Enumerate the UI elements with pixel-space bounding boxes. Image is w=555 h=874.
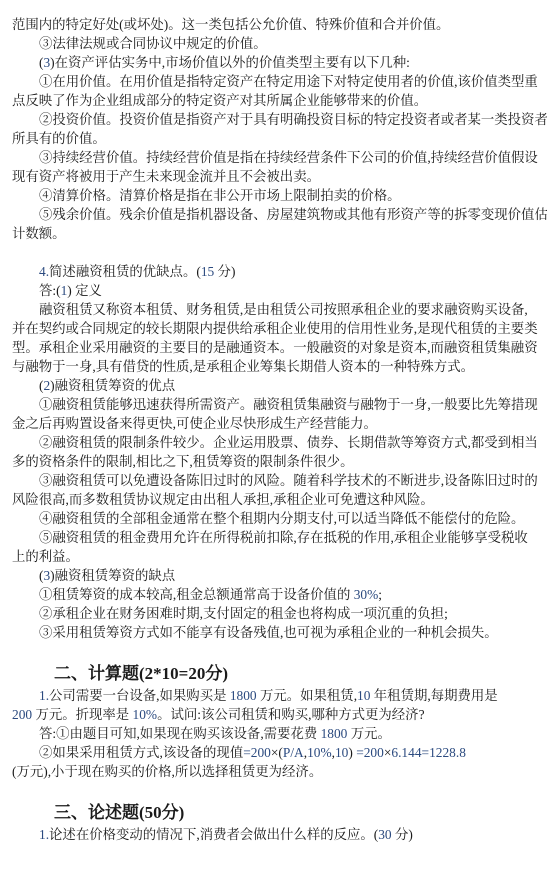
text-line: ②承租企业在财务困难时期,支付固定的租金也将构成一项沉重的负担; xyxy=(12,604,547,623)
latin-run: 4. xyxy=(39,264,49,279)
latin-run: =200 xyxy=(356,745,384,760)
text-line: 金之后再购置设备来得更快,可使企业尽快形成生产经营能力。 xyxy=(12,414,547,433)
text-line: ①租赁筹资的成本较高,租金总额通常高于设备价值的 30%; xyxy=(12,585,547,604)
blank-line xyxy=(12,781,547,800)
text-line: (2)融资租赁筹资的优点 xyxy=(12,376,547,395)
latin-run: 30 xyxy=(378,827,391,842)
text-line: (3)在资产评估实务中,市场价值以外的价值类型主要有以下几种: xyxy=(12,53,547,72)
text-line: 答:①由题目可知,如果现在购买该设备,需要花费 1800 万元。 xyxy=(12,724,547,743)
latin-run: 3 xyxy=(43,568,50,583)
text-line: ①融资租赁能够迅速获得所需资产。融资租赁集融资与融物于一身,一般要比先筹措现 xyxy=(12,395,547,414)
blank-line xyxy=(12,243,547,262)
text-line: ④融资租赁的全部租金通常在整个租期内分期支付,可以适当降低不能偿付的危险。 xyxy=(12,509,547,528)
text-line: ⑤残余价值。残余价值是指机器设备、房屋建筑物或其他有形资产等的拆零变现价值估 xyxy=(12,205,547,224)
latin-run: 50 xyxy=(145,803,162,822)
text-line: ①在用价值。在用价值是指特定资产在特定用途下对特定使用者的价值,该价值类型重 xyxy=(12,72,547,91)
latin-run: 2 xyxy=(43,378,50,393)
document-page: 范围内的特定好处(或坏处)。这一类包括公允价值、特殊价值和合并价值。③法律法规或… xyxy=(0,0,555,874)
latin-run: 1 xyxy=(61,283,68,298)
text-line: 200 万元。折现率是 10%。试问:该公司租赁和购买,哪种方式更为经济? xyxy=(12,705,547,724)
latin-run: 200 xyxy=(12,707,32,722)
latin-run: 10% xyxy=(307,745,332,760)
text-line: 点反映了作为企业组成部分的特定资产对其所属企业能够带来的价值。 xyxy=(12,91,547,110)
text-line: (万元),小于现在购买的价格,所以选择租赁更为经济。 xyxy=(12,762,547,781)
latin-run: 10% xyxy=(133,707,158,722)
text-line: ③采用租赁筹资方式如不能享有设备残值,也可视为承租企业的一种机会损失。 xyxy=(12,623,547,642)
text-line: 计数额。 xyxy=(12,224,547,243)
text-line: 范围内的特定好处(或坏处)。这一类包括公允价值、特殊价值和合并价值。 xyxy=(12,15,547,34)
text-line: 1.论述在价格变动的情况下,消费者会做出什么样的反应。(30 分) xyxy=(12,825,547,844)
latin-run: 6.144=1228.8 xyxy=(391,745,466,760)
text-line: 多的资格条件的限制,相比之下,租赁筹资的限制条件很少。 xyxy=(12,452,547,471)
latin-run: 1. xyxy=(39,688,49,703)
text-line: 与融物于一身,具有借贷的性质,是承租企业筹集长期借人资本的一种特殊方式。 xyxy=(12,357,547,376)
latin-run: 2*10=20 xyxy=(145,664,206,683)
section-heading: 二、计算题(2*10=20分) xyxy=(12,661,547,686)
latin-run: 1800 xyxy=(230,688,257,703)
text-line: 并在契约或合同规定的较长期限内提供给承租企业使用的信用性业务,是现代租赁的主要类 xyxy=(12,319,547,338)
latin-run: P/A xyxy=(283,745,304,760)
text-line: 上的利益。 xyxy=(12,547,547,566)
latin-run: 10 xyxy=(335,745,348,760)
text-line: 答:(1) 定义 xyxy=(12,281,547,300)
text-line: 风险很高,而多数租赁协议规定由出租人承担,承租企业可免遭这种风险。 xyxy=(12,490,547,509)
latin-run: 15 xyxy=(201,264,214,279)
text-line: ②如果采用租赁方式,该设备的现值=200×(P/A,10%,10) =200×6… xyxy=(12,743,547,762)
latin-run: 3 xyxy=(43,55,50,70)
latin-run: 1800 xyxy=(321,726,348,741)
text-line: 型。承租企业采用融资的主要目的是融通资本。一般融资的对象是资本,而融资租赁集融资 xyxy=(12,338,547,357)
text-line: ③融资租赁可以免遭设备陈旧过时的风险。随着科学技术的不断进步,设备陈旧过时的 xyxy=(12,471,547,490)
text-line: 所具有的价值。 xyxy=(12,129,547,148)
text-line: 现有资产将被用于产生未来现金流并且不会被出卖。 xyxy=(12,167,547,186)
text-line: 1.公司需要一台设备,如果购买是 1800 万元。如果租赁,10 年租赁期,每期… xyxy=(12,686,547,705)
latin-run: 30% xyxy=(354,587,379,602)
text-line: ②投资价值。投资价值是指资产对于具有明确投资目标的特定投资者或者某一类投资者 xyxy=(12,110,547,129)
latin-run: 10 xyxy=(357,688,370,703)
text-line: ②融资租赁的限制条件较少。企业运用股票、债券、长期借款等筹资方式,都受到相当 xyxy=(12,433,547,452)
text-line: ④清算价格。清算价格是指在非公开市场上限制拍卖的价格。 xyxy=(12,186,547,205)
text-line: 融资租赁又称资本租赁、财务租赁,是由租赁公司按照承租企业的要求融资购买设备, xyxy=(12,300,547,319)
latin-run: =200 xyxy=(243,745,271,760)
text-line: ③持续经营价值。持续经营价值是指在持续经营条件下公司的价值,持续经营价值假设 xyxy=(12,148,547,167)
text-line: ⑤融资租赁的租金费用允许在所得税前扣除,存在抵税的作用,承租企业能够享受税收 xyxy=(12,528,547,547)
latin-run: 1. xyxy=(39,827,49,842)
text-line: ③法律法规或合同协议中规定的价值。 xyxy=(12,34,547,53)
section-heading: 三、论述题(50分) xyxy=(12,800,547,825)
blank-line xyxy=(12,642,547,661)
text-line: 4.简述融资租赁的优缺点。(15 分) xyxy=(12,262,547,281)
text-line: (3)融资租赁筹资的缺点 xyxy=(12,566,547,585)
